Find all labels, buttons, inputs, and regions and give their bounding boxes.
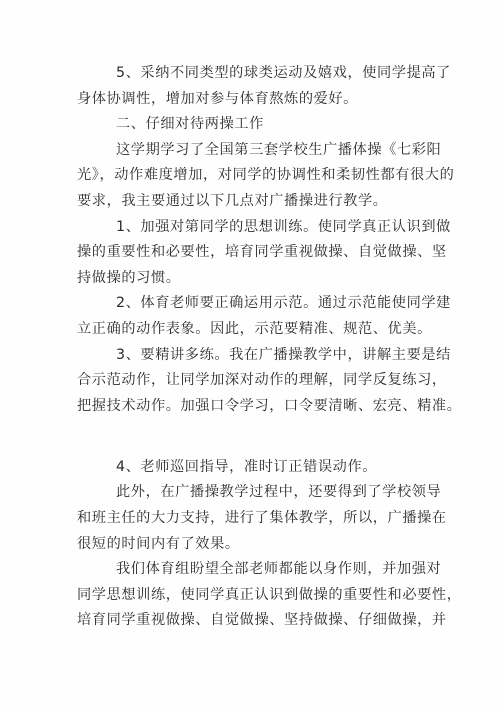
blank-line-spacer bbox=[77, 419, 429, 455]
text-line: 要求，我主要通过以下几点对广播操进行教学。 bbox=[77, 189, 429, 215]
text-line: 合示范动作，让同学加深对动作的理解，同学反复练习， bbox=[77, 368, 429, 394]
text-line: 持做操的习惯。 bbox=[77, 266, 429, 292]
paragraph-support: 此外，在广播操教学过程中，还要得到了学校领导 和班主任的大力支持，进行了集体教学… bbox=[77, 480, 429, 557]
paragraph-intro: 这学期学习了全国第三套学校生广播体操《七彩阳 光》，动作难度增加，对同学的协调性… bbox=[77, 138, 429, 215]
text-line: 此外，在广播操教学过程中，还要得到了学校领导 bbox=[77, 480, 429, 506]
text-line: 很短的时间内有了效果。 bbox=[77, 532, 429, 558]
text-line: 把握技术动作。加强口令学习，口令要清晰、宏亮、精准。 bbox=[77, 394, 429, 420]
text-line: 身体协调性，增加对参与体育熬炼的爱好。 bbox=[77, 87, 429, 113]
document-page: 5、采纳不同类型的球类运动及嬉戏，使同学提高了 身体协调性，增加对参与体育熬炼的… bbox=[0, 0, 500, 708]
text-line: 3、要精讲多练。我在广播操教学中，讲解主要是结 bbox=[77, 343, 429, 369]
text-line: 1、加强对第同学的思想训练。使同学真正认识到做 bbox=[77, 215, 429, 241]
text-line: 和班主任的大力支持，进行了集体教学，所以，广播操在 bbox=[77, 506, 429, 532]
text-line: 4、老师巡回指导，准时订正错误动作。 bbox=[77, 455, 429, 481]
text-line: 操的重要性和必要性，培育同学重视做操、自觉做操、坚 bbox=[77, 240, 429, 266]
heading-line: 二、仔细对待两操工作 bbox=[77, 112, 429, 138]
paragraph-item-5: 5、采纳不同类型的球类运动及嬉戏，使同学提高了 身体协调性，增加对参与体育熬炼的… bbox=[77, 61, 429, 112]
text-line: 这学期学习了全国第三套学校生广播体操《七彩阳 bbox=[77, 138, 429, 164]
section-heading: 二、仔细对待两操工作 bbox=[77, 112, 429, 138]
text-line: 我们体育组盼望全部老师都能以身作则，并加强对 bbox=[77, 557, 429, 583]
document-body: 5、采纳不同类型的球类运动及嬉戏，使同学提高了 身体协调性，增加对参与体育熬炼的… bbox=[77, 61, 429, 634]
paragraph-closing: 我们体育组盼望全部老师都能以身作则，并加强对 同学思想训练，使同学真正认识到做操… bbox=[77, 557, 429, 634]
paragraph-item-2: 2、体育老师要正确运用示范。通过示范能使同学建 立正确的动作表象。因此，示范要精… bbox=[77, 291, 429, 342]
text-line: 5、采纳不同类型的球类运动及嬉戏，使同学提高了 bbox=[77, 61, 429, 87]
text-line: 光》，动作难度增加，对同学的协调性和柔韧性都有很大的 bbox=[77, 163, 429, 189]
text-line: 培育同学重视做操、自觉做操、坚持做操、仔细做操，并 bbox=[77, 608, 429, 634]
text-line: 同学思想训练，使同学真正认识到做操的重要性和必要性， bbox=[77, 583, 429, 609]
paragraph-item-1: 1、加强对第同学的思想训练。使同学真正认识到做 操的重要性和必要性，培育同学重视… bbox=[77, 215, 429, 292]
text-line: 2、体育老师要正确运用示范。通过示范能使同学建 bbox=[77, 291, 429, 317]
paragraph-item-3: 3、要精讲多练。我在广播操教学中，讲解主要是结 合示范动作，让同学加深对动作的理… bbox=[77, 343, 429, 420]
text-line: 立正确的动作表象。因此，示范要精准、规范、优美。 bbox=[77, 317, 429, 343]
paragraph-item-4: 4、老师巡回指导，准时订正错误动作。 bbox=[77, 455, 429, 481]
